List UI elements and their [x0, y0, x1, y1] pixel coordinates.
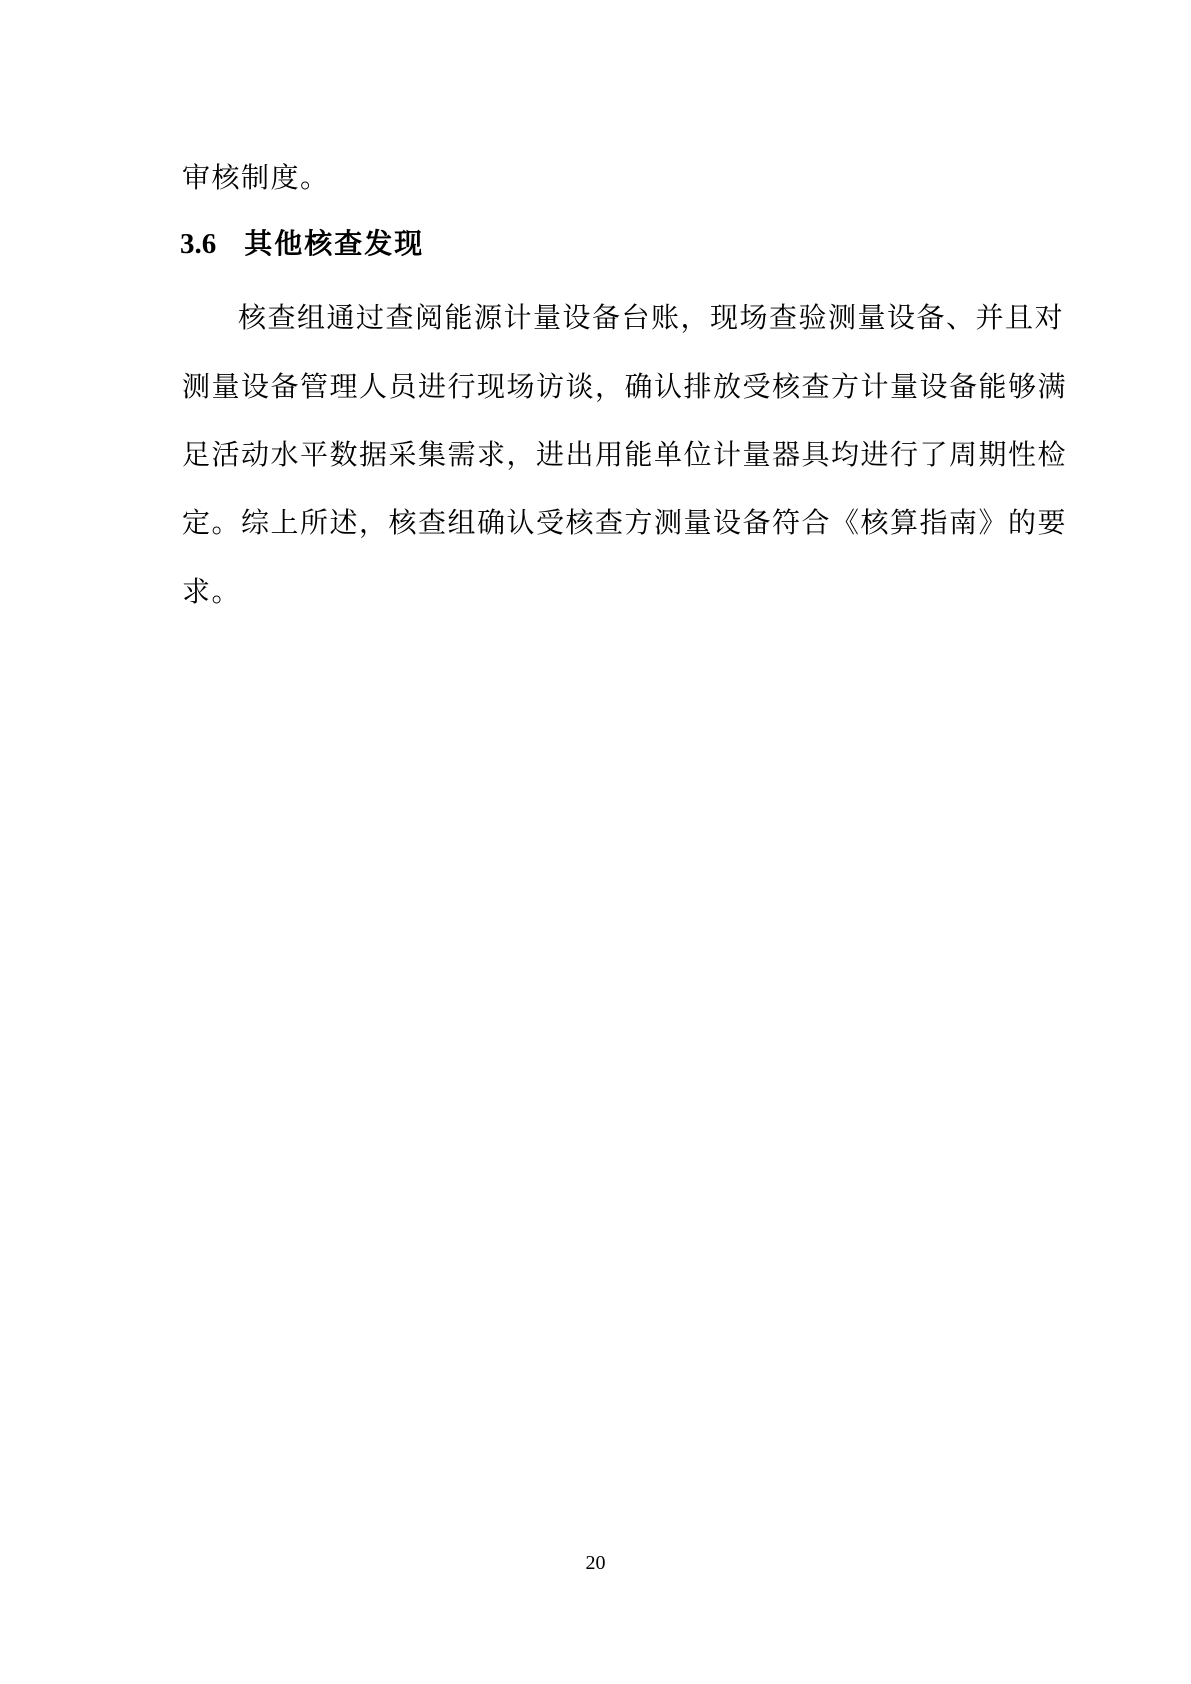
paragraph-line: 审核制度。	[182, 160, 330, 196]
paragraph-line: 求。	[182, 574, 241, 610]
paragraph-line: 测量设备管理人员进行现场访谈，确认排放受核查方计量设备能够满	[182, 369, 1067, 405]
section-title: 其他核查发现	[244, 227, 424, 260]
section-number: 3.6	[180, 228, 216, 260]
paragraph-line: 核查组通过查阅能源计量设备台账，现场查验测量设备、并且对	[238, 300, 1064, 336]
section-heading: 3.6其他核查发现	[180, 226, 424, 262]
page-number: 20	[0, 1552, 1191, 1575]
paragraph-line: 定。综上所述，核查组确认受核查方测量设备符合《核算指南》的要	[182, 505, 1067, 541]
paragraph-line: 足活动水平数据采集需求，进出用能单位计量器具均进行了周期性检	[182, 437, 1067, 473]
